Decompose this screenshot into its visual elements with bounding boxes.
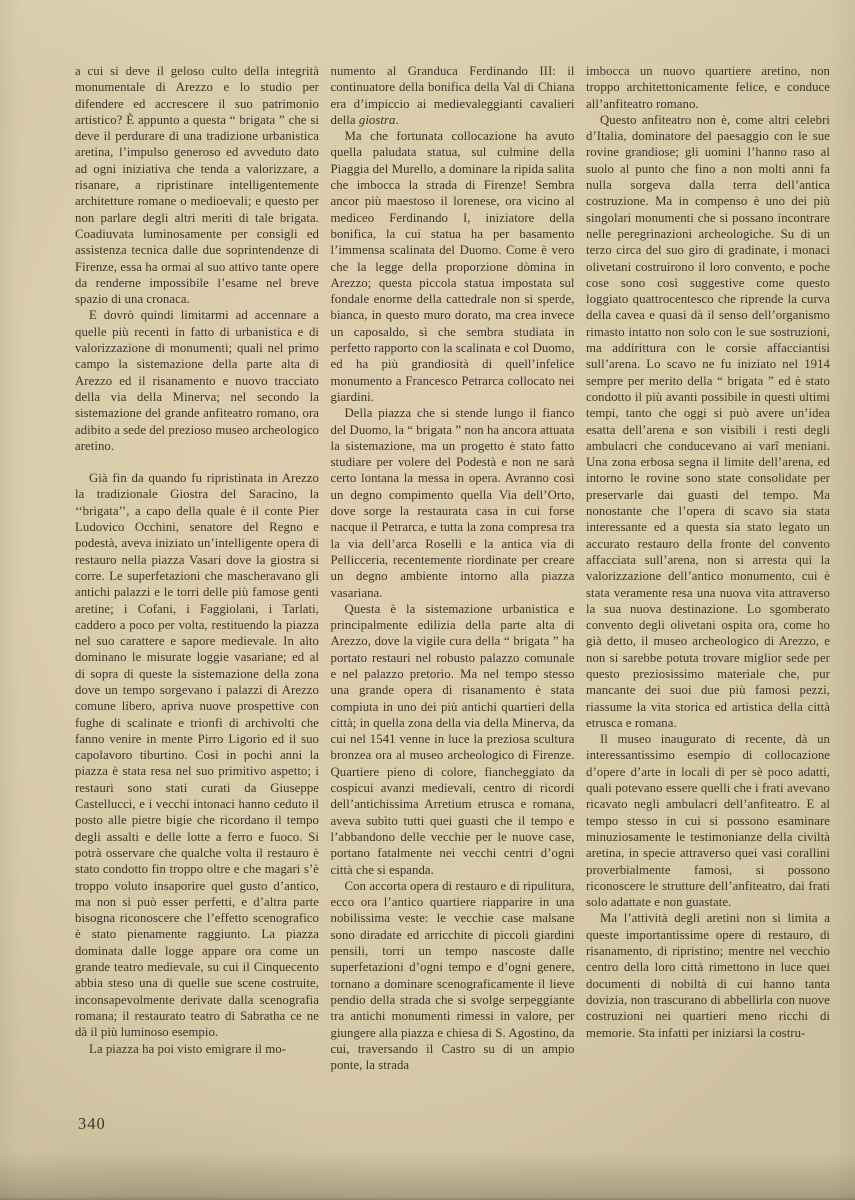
text-column-left: a cui si deve il geloso culto della inte… xyxy=(75,63,319,1073)
paragraph: Già fin da quando fu ripristinata in Are… xyxy=(75,470,319,1040)
paragraph: La piazza ha poi visto emigrare il mo- xyxy=(75,1041,319,1057)
paragraph: Della piazza che si stende lungo il fian… xyxy=(331,405,575,601)
text-column-right: imbocca un nuovo quartiere aretino, non … xyxy=(586,63,830,1073)
paragraph: a cui si deve il geloso culto della inte… xyxy=(75,63,319,307)
paragraph-text: . xyxy=(396,113,399,127)
paragraph: E dovrò quindi limitarmi ad accennare a … xyxy=(75,307,319,454)
paragraph: Con accorta opera di restauro e di ripul… xyxy=(331,878,575,1074)
page-number: 340 xyxy=(78,1114,106,1134)
paragraph: Questa è la sistemazione urbanistica e p… xyxy=(331,601,575,878)
paragraph: numento al Granduca Ferdinando III: il c… xyxy=(331,63,575,128)
paragraph: Ma che fortunata collocazione ha avuto q… xyxy=(331,128,575,405)
text-column-center: numento al Granduca Ferdinando III: il c… xyxy=(331,63,575,1073)
paragraph: Ma l’attività degli aretini non si limit… xyxy=(586,910,830,1040)
italic-word-giostra: giostra xyxy=(359,113,396,127)
paragraph: imbocca un nuovo quartiere aretino, non … xyxy=(586,63,830,112)
scanned-book-page: a cui si deve il geloso culto della inte… xyxy=(0,0,855,1200)
paragraph: Questo anfiteatro non è, come altri cele… xyxy=(586,112,830,731)
paragraph: Il museo inaugurato di recente, dà un in… xyxy=(586,731,830,910)
text-area: a cui si deve il geloso culto della inte… xyxy=(75,63,830,1073)
